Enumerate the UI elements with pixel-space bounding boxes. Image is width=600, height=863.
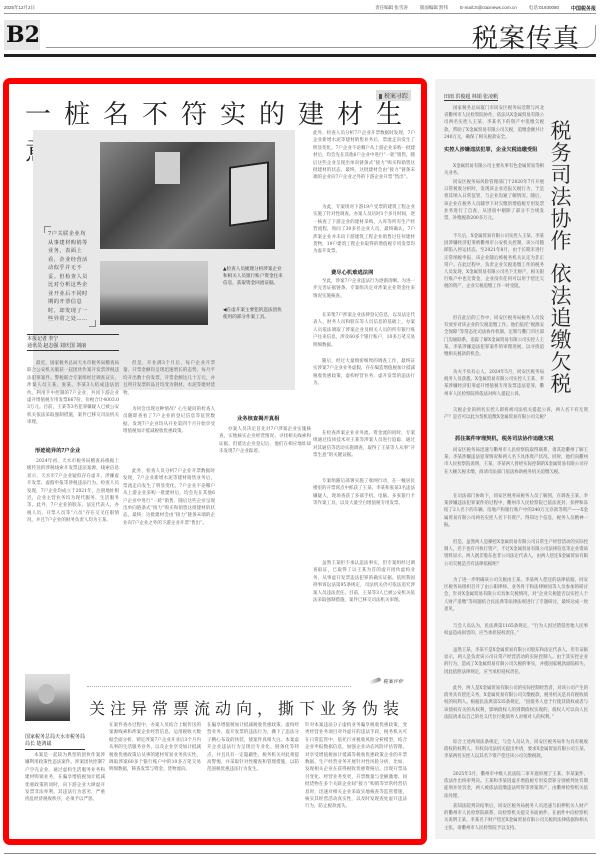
right-column-request: 获知法院判决结果后，同安区税务局税务人员迅速与扣押机关人财产的衢州市人民检察院联… [444,803,588,833]
right-column-cooperation: 同安区税务局迅速与衢州市人民检察院取得联系，请其赴衢州了解王某、李某涉嫌违法犯罪… [444,447,588,491]
right-subhead-2: 抓住案件审理契机，税务司法协作追缴欠税 [455,435,554,442]
headline-part-2: 依法追缴欠税 [550,264,572,396]
right-vertical-headline: 税务司法协作 依法追缴欠税 [550,121,572,396]
feature-column-3b: 为何会出现这种情况？心生疑问的检查人员随即查看了7户企业的登记信息等征管数据，发… [123,406,215,466]
issue-date: 2025年12月2日 [4,5,35,11]
right-column-verdict: 2025年3月，衢州市中级人民法院二审开庭审理了王某、李某案件，依法作出终审判决… [444,771,588,801]
commentary-divider [87,686,351,687]
air-conditioner-shape [155,152,180,184]
designer-credit: 版面编辑 黔伟 [420,5,448,12]
page-number: B2 [4,20,40,50]
feature-column-5b: 在检查涉案企业业务流、资金流的同时，专案组通过技侦技术对王某等涉案人员进行追踪，… [313,430,415,476]
commentary-column-3: 在骗享增值税加计抵减税收优惠政策、虚构经营业务、虚开发票的违法行为，撕下了违法分… [207,722,299,834]
photo-caption-2: ◀在虚开案主要犯的违法团伙使用的部分作案工具。 [223,307,285,321]
right-column-question: 欠税企业的两名实控人即将被司法机关提起公诉，两人名下有无资产？是否可以此为契机追… [444,407,588,429]
feature-column-2: 2024年初，天水市税务局稽查局根据上级传送的涉税线索开发票违法案源，线索信息显… [27,458,119,668]
feature-column-top-right: 此外，检查人员分析7户企业开票数据时发现，7户企业新增水泥等建材销售业务后，票流… [313,130,415,200]
right-byline: 田雨 洪俊超 林娟 张凌帆 [444,93,498,101]
feature-column-closing: 至此，涉案7户企业违法行为逐渐清晰。为进一步完善证据链条，专案组决定对涉案企业资… [313,278,415,310]
headline-part-1: 税务司法协作 [550,121,572,253]
right-subhead-1: 实控人涉嫌违法犯罪，企业欠税追缴受阻 [444,147,544,154]
author-org: 国家税务总局天水市税务局 [25,734,85,741]
right-column-control: 不久后，X金属贸易有限公司实控人王某、李某因涉嫌经济犯罪被衢州市公安机关控制，该… [444,233,544,313]
feature-article: 一桩名不符实的建材生意 税案寻踪 7户关联企业均从事建材购销等业务，表面上看，企… [3,78,427,845]
commentary-author: 国家税务总局天水市税务局 局长 楚鸿斌 [25,734,85,750]
author-portrait [25,674,70,721]
masthead-credits: 责任编辑 张雪涛 版面编辑 黔伟 E-mail:zt@ctaxnews.com.… [375,5,596,12]
right-column-liability: 虽然王某、李某不是X金属贸易有限公司股东和法定代表人，但有证据显示，两人是负责该… [444,647,588,683]
feature-column-1: 最近，国家税务总局天水市税务局稽查局联合公安机关破获一起团伙作案开发票涉税违法犯… [27,360,119,440]
right-column-persistence: 但在此后的工作中，同安区税务局税务人员没有放弃对该企业的欠税追缴工作。他们依托“… [444,315,544,367]
feature-subhead-2: 业务核查揭开真相 [237,414,279,422]
feature-column-3c: 此外，检查人员分析7户企业开票数据时发现，7户企业新增水泥等建材销售业务后，票流… [123,468,215,668]
right-column-conclusion: 综合上述两项法条规定，与会人员认为，同安区税务局作为具有税收债权的权利人，有权向… [444,739,588,769]
commentary-column-2: 在案件查办过程中，办案人员结合上级传送的案源线索和涉案企业经营信息，运用税收大数… [109,722,201,834]
feature-column-3a: 但是，开业满3个月后，每户企业开票量、开票金额均呈现迅速增长的态势，每月平均开出… [123,360,215,404]
inspectors-photo [100,142,275,249]
heavy-rule [4,54,596,57]
editor-credit: 责任编辑 张雪涛 [375,5,408,12]
feature-byline: 本报记者 李宁 通讯员 赵志强 刘庆国 刘丽 [27,334,119,351]
reporter-line: 本报记者 李宁 [27,336,119,343]
photo-panel: 7户关联企业均从事建材购销等业务，表面上看，企业经营活动似乎并无不妥。但检查人员… [33,130,295,390]
feature-column-5c: 专案组随后部署实施了收网行动，在一幢居民楼里的开票窝点中抓获了王某、李某和张某3… [313,478,415,558]
right-column-audit: 同安区税务局风险管理部门于2020年7月开展日常税收分析时，发现该企业迟报欠税行… [444,179,544,231]
right-article: 田雨 洪俊超 林娟 张凌帆 税务司法协作 依法追缴欠税 国家税务总局厦门市同安区… [435,79,595,839]
commentary-column-1: 本案是一起较为典型的团伙作案涉嫌利用政策性违法案件。涉案团伙控制7户空壳企业，通… [25,752,105,832]
feature-column-bank: 在采集7户涉案企业法律登记信息，以及法定代表人、财务人员和股东等人员信息的基础上… [313,312,415,354]
top-rule [4,13,596,14]
feature-column-5a: 随后，经过大量缜密细致的调查工作，最终证实涉案7户企业业务虚假，存在编造增值税加… [313,358,415,428]
feature-subhead-3: 费尽心机难逃法网 [331,268,373,276]
portrait-face [38,684,55,704]
monitor-shape [229,161,269,227]
right-column-business: X金属贸易有限公司主要从事有色金属贸易等相关业务。 [444,163,544,178]
feature-subhead-1: 形迹诡异的7户企业 [35,446,80,454]
section-title: 税案传真 [472,18,580,55]
phone-contact: 电话:01930080 [529,5,559,12]
email-contact: E-mail:zt@ctaxnews.com.cn [460,5,517,12]
commentary-tag: 税案评析 [369,678,403,685]
right-column-intro: 国家税务总局厦门市同安区税务局近期与河北省衢州市人民检察院协作，依法从X金属贸易… [444,105,544,143]
column-tag: 税案寻踪 [376,90,411,101]
feature-column-5d: 虽然王某拒不承认违法事实，但专案组经过调查取证，已取得了以王某为首的虚开团伙虚构… [313,560,415,660]
evidence-photo [100,261,208,325]
author-name: 局长 楚鸿斌 [25,741,85,748]
photo-caption-1: ▲检查人员梳理分析涉案企业和相关人员银行账户资金往来信息，获取资金回流证据。 [223,266,285,287]
right-column-breakthrough: 功夫不负有心人。2024年5月，同安区税务局税务人员获悉，X金属贸易有限公司实控… [444,369,544,405]
masthead-strip: 2025年12月2日 责任编辑 张雪涛 版面编辑 黔伟 E-mail:zt@ct… [4,0,596,14]
paper-name: 中国税务报 [571,5,596,12]
bottom-rule [4,853,596,854]
commentary-headline: 关注异常票流动向，撕下业务伪装 [89,696,404,719]
right-column-civil-code: 与会人员认为，民法典第1165条规定，“行为人因过错侵害他人民事权益造成损害的，… [444,623,588,645]
feature-column-investigation: 为此，专案组对下游19户受票的建筑工程企业实施了针对性调查。办案人员历时1个多月… [313,204,415,264]
right-column-legal-question: 但是，虽然两人是操控X金属贸易有限公司日常生产经营活动的实际控制人，名下也有可执… [444,539,588,575]
right-column-creditor: 此外，两人是X金属贸易有限公司的实际控制经营者，对该公司产生的债务具有偿还义务，… [444,685,588,737]
correspondents-line: 通讯员 赵志强 刘庆国 刘丽 [27,343,119,351]
right-column-assets: 在司法部门协助下，同安区税务局税务人员了解到，在调查王某、李某涉嫌违法犯罪案件的… [444,493,588,537]
right-column-seminar: 为了进一步明确该公司欠税由王某、李某两人偿还的法律依据，同安区税务局组织召开了由… [444,577,588,621]
feature-column-4: 办案人员决定首先对7户涉案企业实施核查，实地核实企业经营情况。寻找相关线索和证据… [219,426,311,668]
pull-quote: 7户关联企业均从事建材购销等业务，表面上看，企业经营活动似乎并无不妥。但检查人员… [48,230,90,324]
section-curve-ornament [582,25,596,48]
commentary-column-4: 针对本案违法分子虚构业务骗享税收优惠政策，变更经营业务项目对外虚开的违法手段，税… [305,722,407,834]
